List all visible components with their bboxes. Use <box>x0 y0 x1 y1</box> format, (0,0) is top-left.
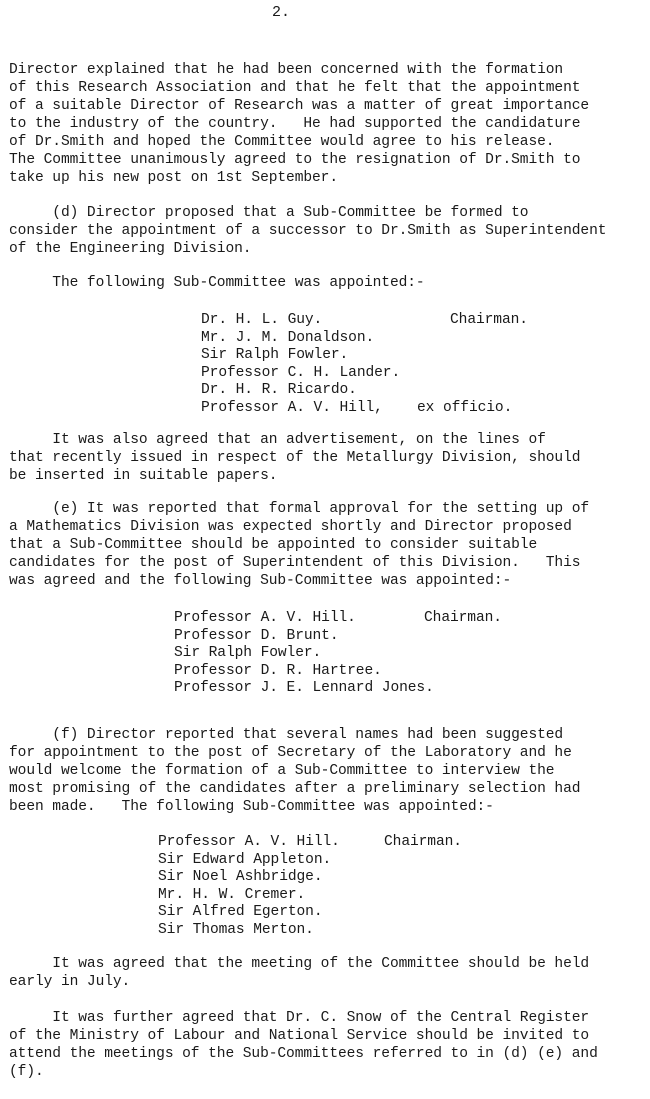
text-line: most promising of the candidates after a… <box>9 780 580 798</box>
text-line: The Committee unanimously agreed to the … <box>9 151 580 169</box>
text-line: (d) Director proposed that a Sub-Committ… <box>9 204 528 222</box>
text-line: for appointment to the post of Secretary… <box>9 744 572 762</box>
text-line: candidates for the post of Superintenden… <box>9 554 580 572</box>
member-name: Sir Ralph Fowler. <box>174 644 321 662</box>
member-name: Professor D. Brunt. <box>174 627 339 645</box>
member-role: Chairman. <box>424 609 502 627</box>
member-name: Professor D. R. Hartree. <box>174 662 382 680</box>
member-name: Professor J. E. Lennard Jones. <box>174 679 434 697</box>
member-name: Professor A. V. Hill. <box>174 609 356 627</box>
member-name: Dr. H. R. Ricardo. <box>201 381 357 399</box>
member-name: Mr. H. W. Cremer. <box>158 886 305 904</box>
member-name: Mr. J. M. Donaldson. <box>201 329 374 347</box>
member-name: Professor C. H. Lander. <box>201 364 400 382</box>
text-line: was agreed and the following Sub-Committ… <box>9 572 511 590</box>
member-name: Professor A. V. Hill, <box>201 399 383 417</box>
member-name: Sir Ralph Fowler. <box>201 346 348 364</box>
member-role: Chairman. <box>450 311 528 329</box>
text-line: Director explained that he had been conc… <box>9 61 563 79</box>
text-line: of a suitable Director of Research was a… <box>9 97 589 115</box>
text-line: of Dr.Smith and hoped the Committee woul… <box>9 133 554 151</box>
member-name: Sir Edward Appleton. <box>158 851 331 869</box>
text-line: early in July. <box>9 973 130 991</box>
paragraph-d-intro: The following Sub-Committee was appointe… <box>9 274 425 292</box>
text-line: (e) It was reported that formal approval… <box>9 500 589 518</box>
text-line: take up his new post on 1st September. <box>9 169 338 187</box>
text-line: (f) Director reported that several names… <box>9 726 563 744</box>
member-name: Sir Noel Ashbridge. <box>158 868 323 886</box>
text-line: that recently issued in respect of the M… <box>9 449 580 467</box>
text-line: be inserted in suitable papers. <box>9 467 277 485</box>
member-role: ex officio. <box>417 399 512 417</box>
text-line: (f). <box>9 1063 44 1081</box>
document-page: 2. Director explained that he had been c… <box>0 0 650 1099</box>
text-line: been made. The following Sub-Committee w… <box>9 798 494 816</box>
text-line: would welcome the formation of a Sub-Com… <box>9 762 554 780</box>
text-line: It was further agreed that Dr. C. Snow o… <box>9 1009 589 1027</box>
text-line: a Mathematics Division was expected shor… <box>9 518 572 536</box>
member-name: Sir Alfred Egerton. <box>158 903 323 921</box>
text-line: consider the appointment of a successor … <box>9 222 606 240</box>
text-line: attend the meetings of the Sub-Committee… <box>9 1045 598 1063</box>
text-line: that a Sub-Committee should be appointed… <box>9 536 537 554</box>
member-name: Professor A. V. Hill. <box>158 833 340 851</box>
text-line: of the Engineering Division. <box>9 240 251 258</box>
text-line: to the industry of the country. He had s… <box>9 115 580 133</box>
text-line: of the Ministry of Labour and National S… <box>9 1027 589 1045</box>
text-line: of this Research Association and that he… <box>9 79 580 97</box>
member-name: Dr. H. L. Guy. <box>201 311 322 329</box>
text-line: It was agreed that the meeting of the Co… <box>9 955 589 973</box>
member-name: Sir Thomas Merton. <box>158 921 314 939</box>
member-role: Chairman. <box>384 833 462 851</box>
page-number: 2. <box>272 4 290 21</box>
text-line: It was also agreed that an advertisement… <box>9 431 546 449</box>
